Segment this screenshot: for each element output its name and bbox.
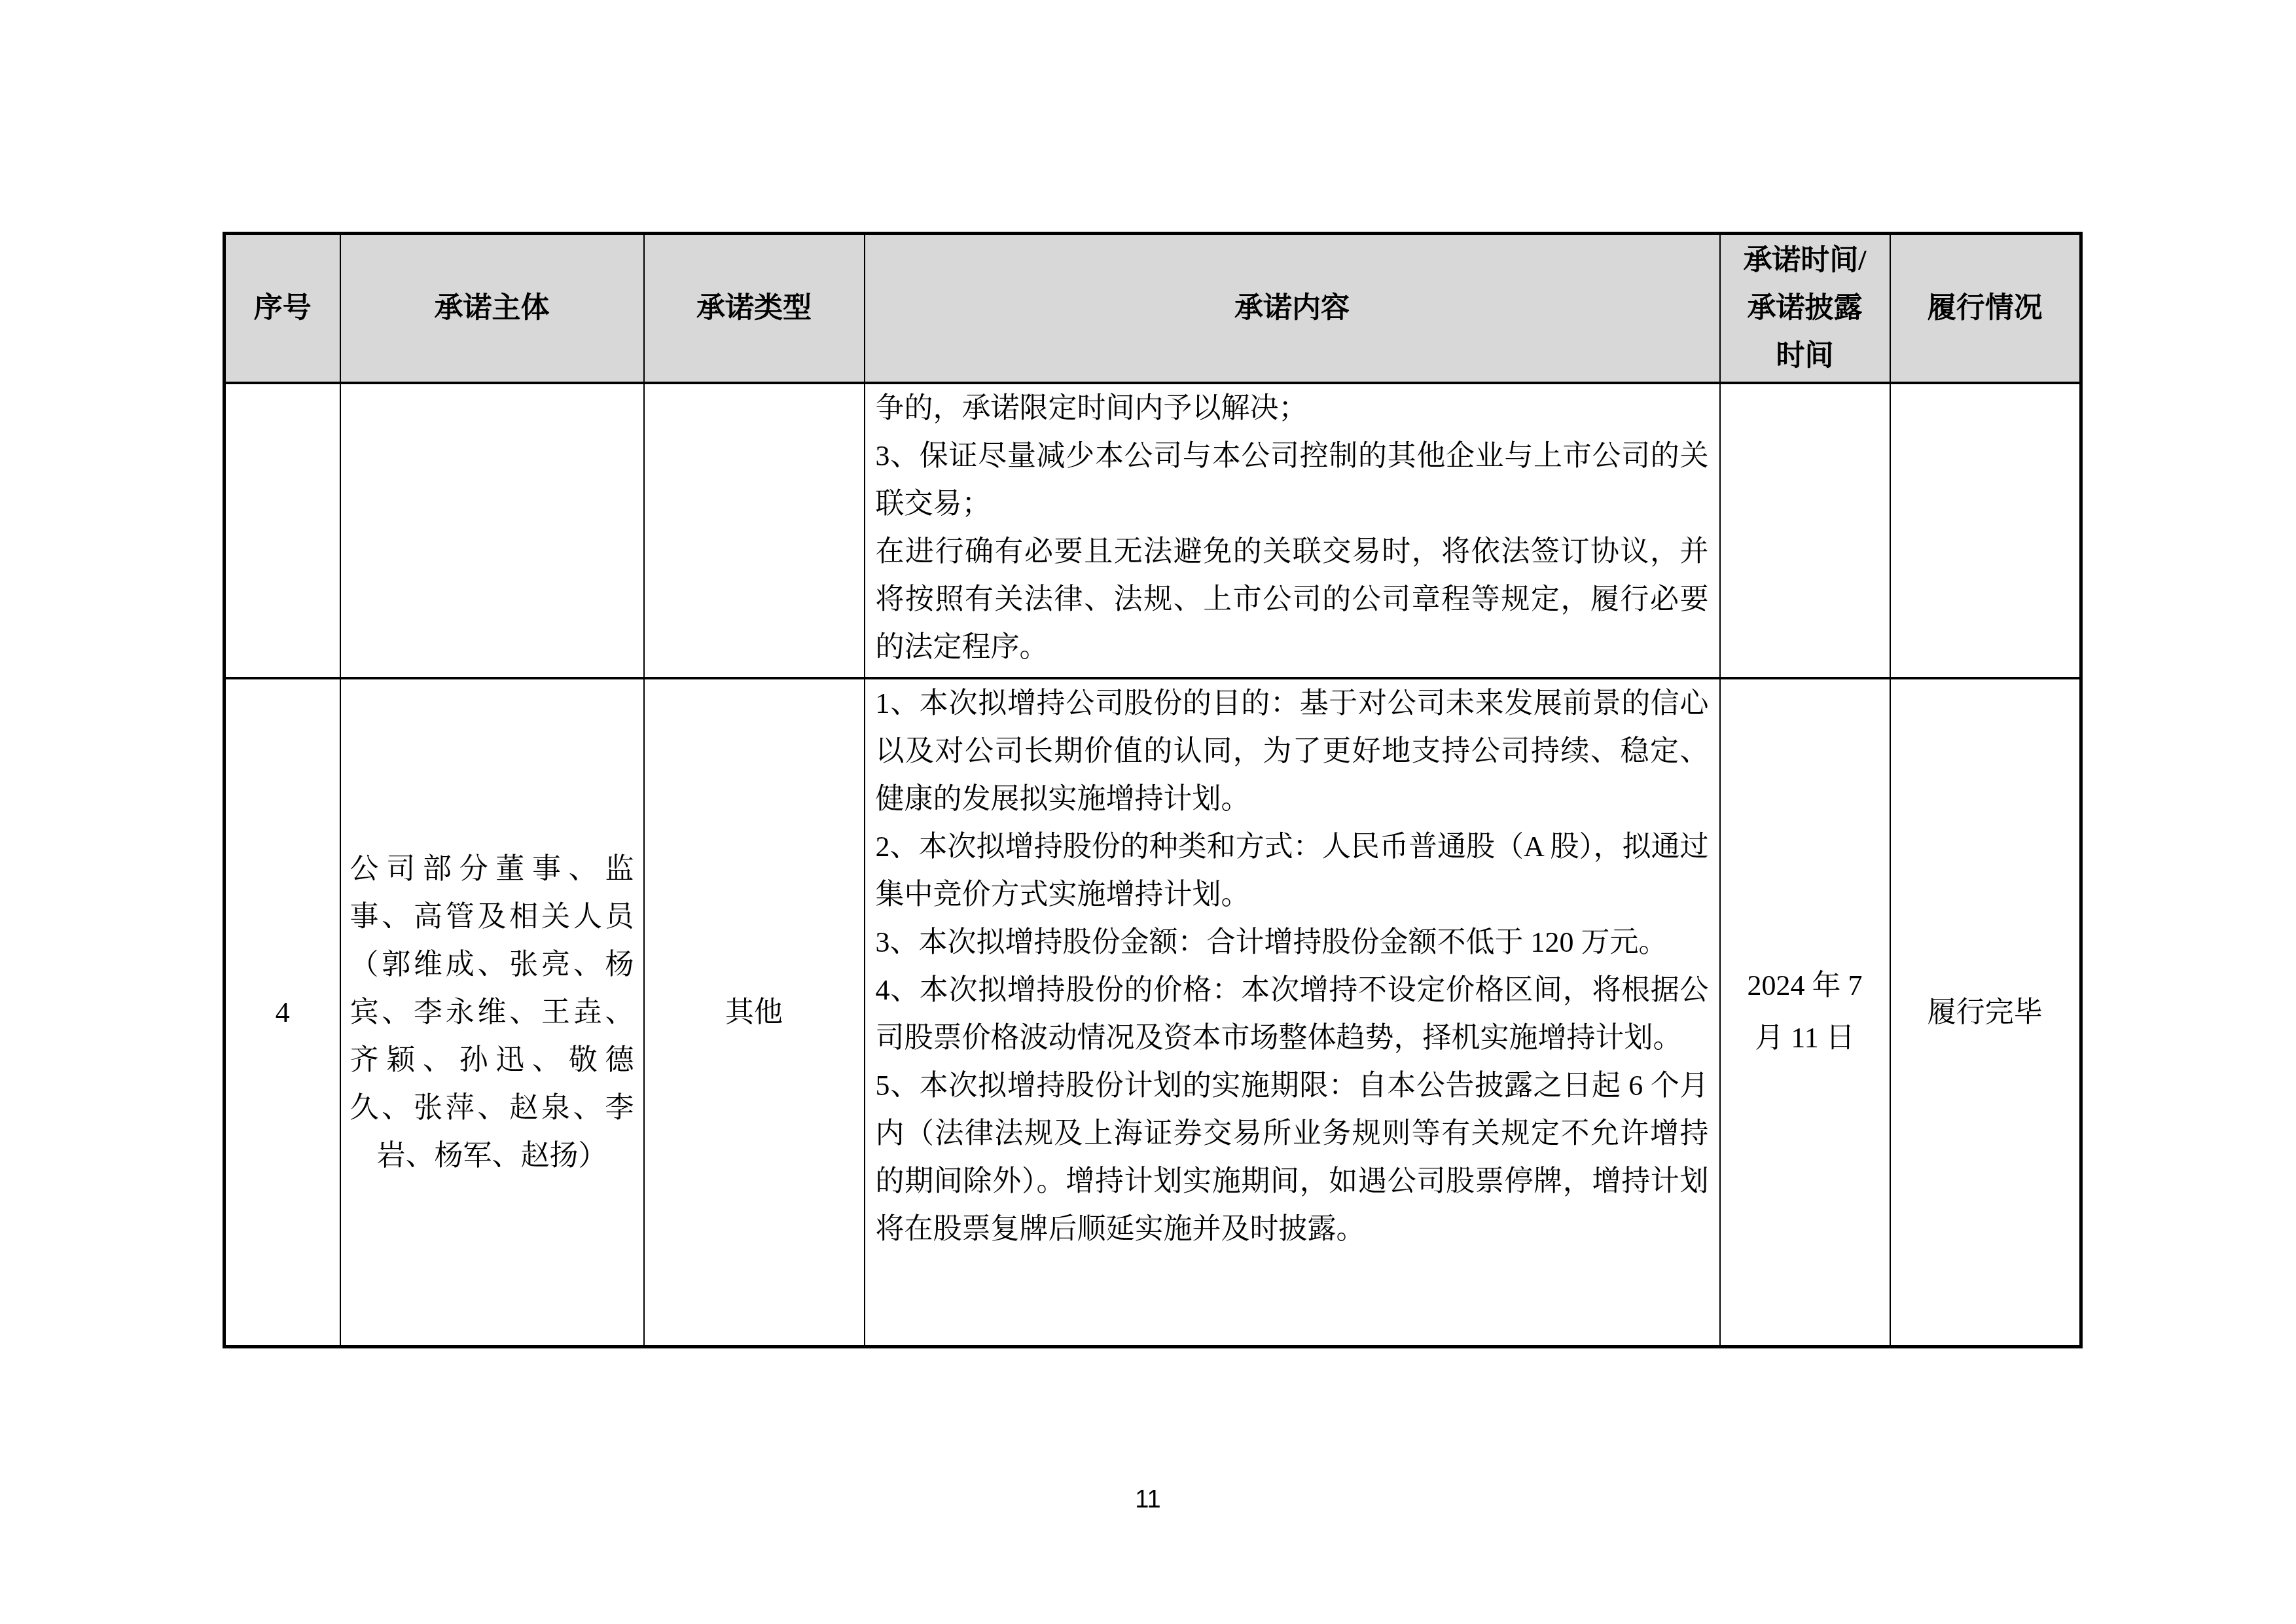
cell-status: 履行完毕: [1890, 678, 2081, 1347]
cell-status: [1890, 383, 2081, 678]
commitment-table: 序号 承诺主体 承诺类型 承诺内容 承诺时间/ 承诺披露 时间 履行情况 争的，…: [223, 232, 2083, 1348]
header-time: 承诺时间/ 承诺披露 时间: [1720, 234, 1890, 383]
header-seq: 序号: [224, 234, 340, 383]
cell-content: 争的，承诺限定时间内予以解决；3、保证尽量减少本公司与本公司控制的其他企业与上市…: [865, 383, 1720, 678]
header-status: 履行情况: [1890, 234, 2081, 383]
content-paragraph: 5、本次拟增持股份计划的实施期限：自本公告披露之日起 6 个月内（法律法规及上海…: [876, 1062, 1709, 1253]
cell-type: [644, 383, 865, 678]
header-type: 承诺类型: [644, 234, 865, 383]
table-row: 4 公司部分董事、监事、高管及相关人员（郭维成、张亮、杨宾、李永维、王垚、齐颖、…: [224, 678, 2081, 1347]
table-header-row: 序号 承诺主体 承诺类型 承诺内容 承诺时间/ 承诺披露 时间 履行情况: [224, 234, 2081, 383]
content-paragraph: 在进行确有必要且无法避免的关联交易时，将依法签订协议，并将按照有关法律、法规、上…: [876, 528, 1709, 671]
page-number: 11: [0, 1487, 2296, 1512]
cell-type: 其他: [644, 678, 865, 1347]
table-row: 争的，承诺限定时间内予以解决；3、保证尽量减少本公司与本公司控制的其他企业与上市…: [224, 383, 2081, 678]
cell-seq: 4: [224, 678, 340, 1347]
content-paragraph: 3、本次拟增持股份金额：合计增持股份金额不低于 120 万元。: [876, 918, 1709, 966]
content-paragraph: 3、保证尽量减少本公司与本公司控制的其他企业与上市公司的关联交易；: [876, 432, 1709, 528]
cell-time: [1720, 383, 1890, 678]
header-content: 承诺内容: [865, 234, 1720, 383]
content-paragraph: 4、本次拟增持股份的价格：本次增持不设定价格区间，将根据公司股票价格波动情况及资…: [876, 966, 1709, 1062]
cell-subject: [340, 383, 644, 678]
content-paragraph: 1、本次拟增持公司股份的目的：基于对公司未来发展前景的信心以及对公司长期价值的认…: [876, 679, 1709, 823]
content-paragraph: 争的，承诺限定时间内予以解决；: [876, 384, 1709, 432]
cell-subject: 公司部分董事、监事、高管及相关人员（郭维成、张亮、杨宾、李永维、王垚、齐颖、孙迅…: [340, 678, 644, 1347]
content-paragraph: 2、本次拟增持股份的种类和方式：人民币普通股（A 股），拟通过集中竞价方式实施增…: [876, 823, 1709, 918]
cell-content: 1、本次拟增持公司股份的目的：基于对公司未来发展前景的信心以及对公司长期价值的认…: [865, 678, 1720, 1347]
cell-seq: [224, 383, 340, 678]
cell-time: 2024 年 7 月 11 日: [1720, 678, 1890, 1347]
header-subject: 承诺主体: [340, 234, 644, 383]
